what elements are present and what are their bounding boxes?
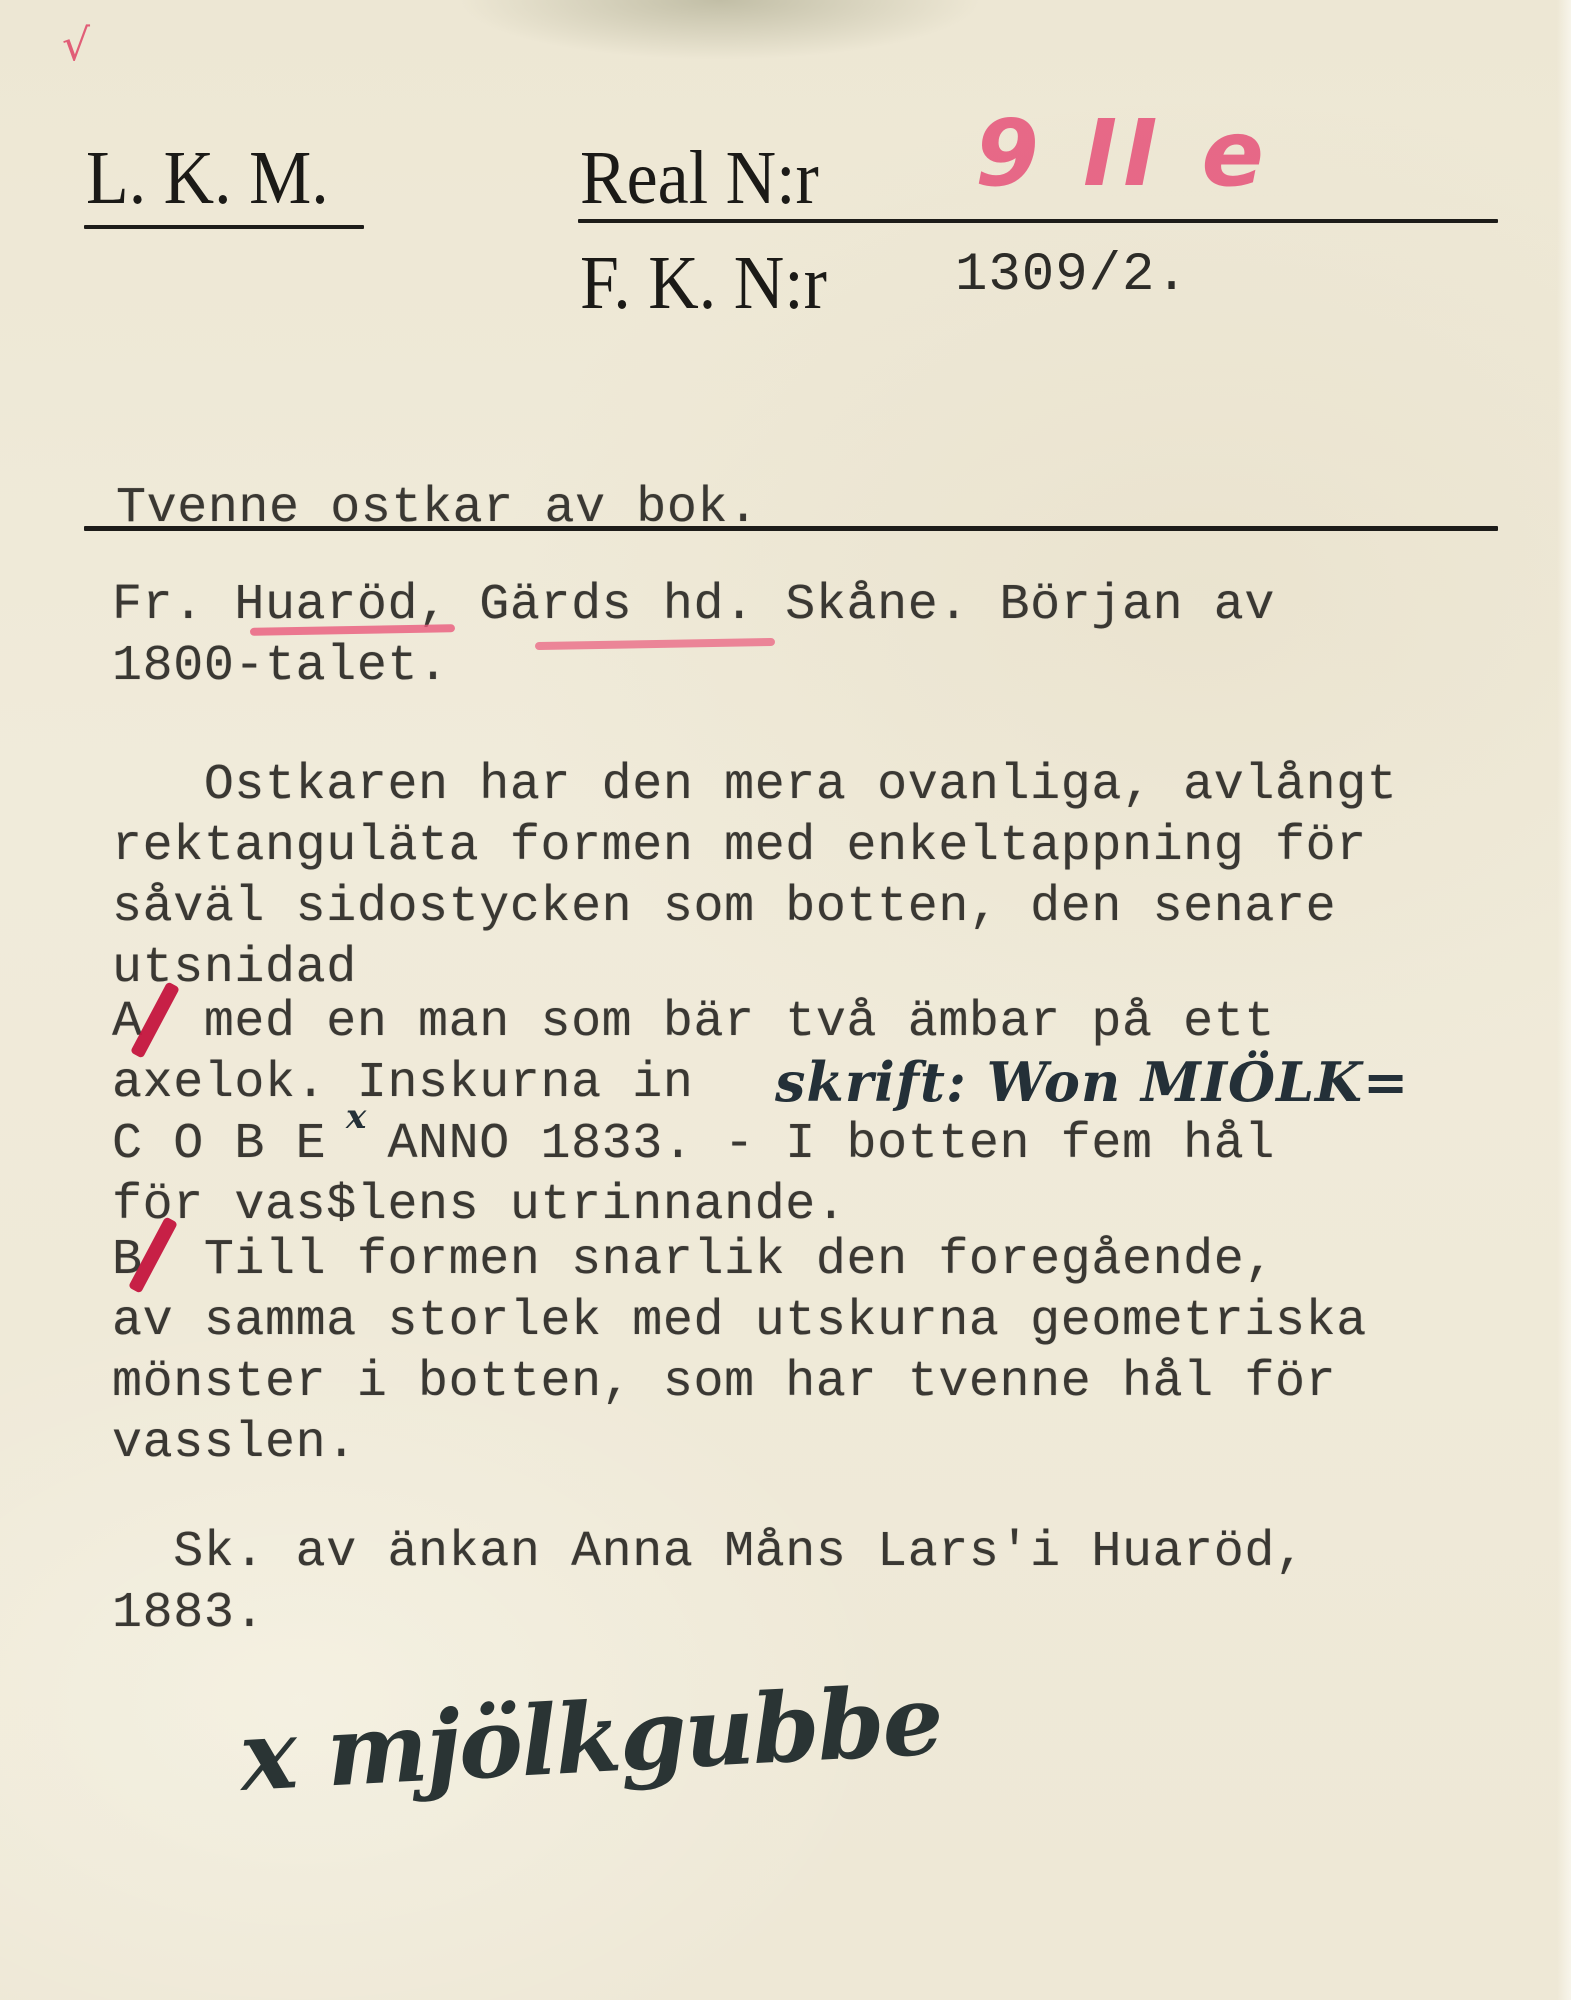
description-block: Ostkaren har den mera ovanliga, avlångt … <box>112 755 1397 999</box>
acquisition-line: 1883. <box>112 1583 1306 1644</box>
institution-label: L. K. M. <box>86 140 329 216</box>
acquisition-line: Sk. av änkan Anna Måns Lars'i Huaröd, <box>112 1522 1306 1583</box>
fk-number-value: 1309/2. <box>955 245 1189 306</box>
real-number-value: 9 II e <box>975 100 1270 207</box>
description-line: rektanguläta formen med enkeltappning fö… <box>112 816 1397 877</box>
item-a-line: för vas$lens utrinnande. <box>112 1175 1275 1236</box>
item-b-line: B Till formen snarlik den foregående, <box>112 1230 1367 1291</box>
catalog-card: √ L. K. M. Real N:r 9 II e F. K. N:r 130… <box>0 0 1571 2000</box>
handwritten-footnote: x mjölkgubbe <box>237 1663 944 1813</box>
acquisition-block: Sk. av änkan Anna Måns Lars'i Huaröd, 18… <box>112 1522 1306 1644</box>
item-b-line: mönster i botten, som har tvenne hål för <box>112 1352 1367 1413</box>
provenance-block: Fr. Huaröd, Gärds hd. Skåne. Början av 1… <box>112 575 1275 697</box>
superscript-mark: x <box>346 1097 366 1137</box>
description-line: Ostkaren har den mera ovanliga, avlångt <box>112 755 1397 816</box>
header-divider <box>578 219 1498 223</box>
inscription-overwrite: skrift: Won MIÖLK= <box>775 1050 1409 1114</box>
item-a-line: C O B E ANNO 1833. - I botten fem hål <box>112 1114 1275 1175</box>
title-underline <box>84 526 1498 531</box>
item-b-line: av samma storlek med utskurna geometrisk… <box>112 1291 1367 1352</box>
fk-number-label: F. K. N:r <box>580 245 827 321</box>
item-b-line: vasslen. <box>112 1413 1367 1474</box>
item-a-line: A med en man som bär två ämbar på ett <box>112 992 1275 1053</box>
real-number-label: Real N:r <box>580 140 819 216</box>
institution-underline <box>84 225 364 229</box>
description-line: utsnidad <box>112 938 1397 999</box>
red-checkmark-icon: √ <box>62 20 90 71</box>
item-a-block: A med en man som bär två ämbar på ett ax… <box>112 992 1275 1236</box>
description-line: såväl sidostycken som botten, den senare <box>112 877 1397 938</box>
item-b-block: B Till formen snarlik den foregående, av… <box>112 1230 1367 1474</box>
